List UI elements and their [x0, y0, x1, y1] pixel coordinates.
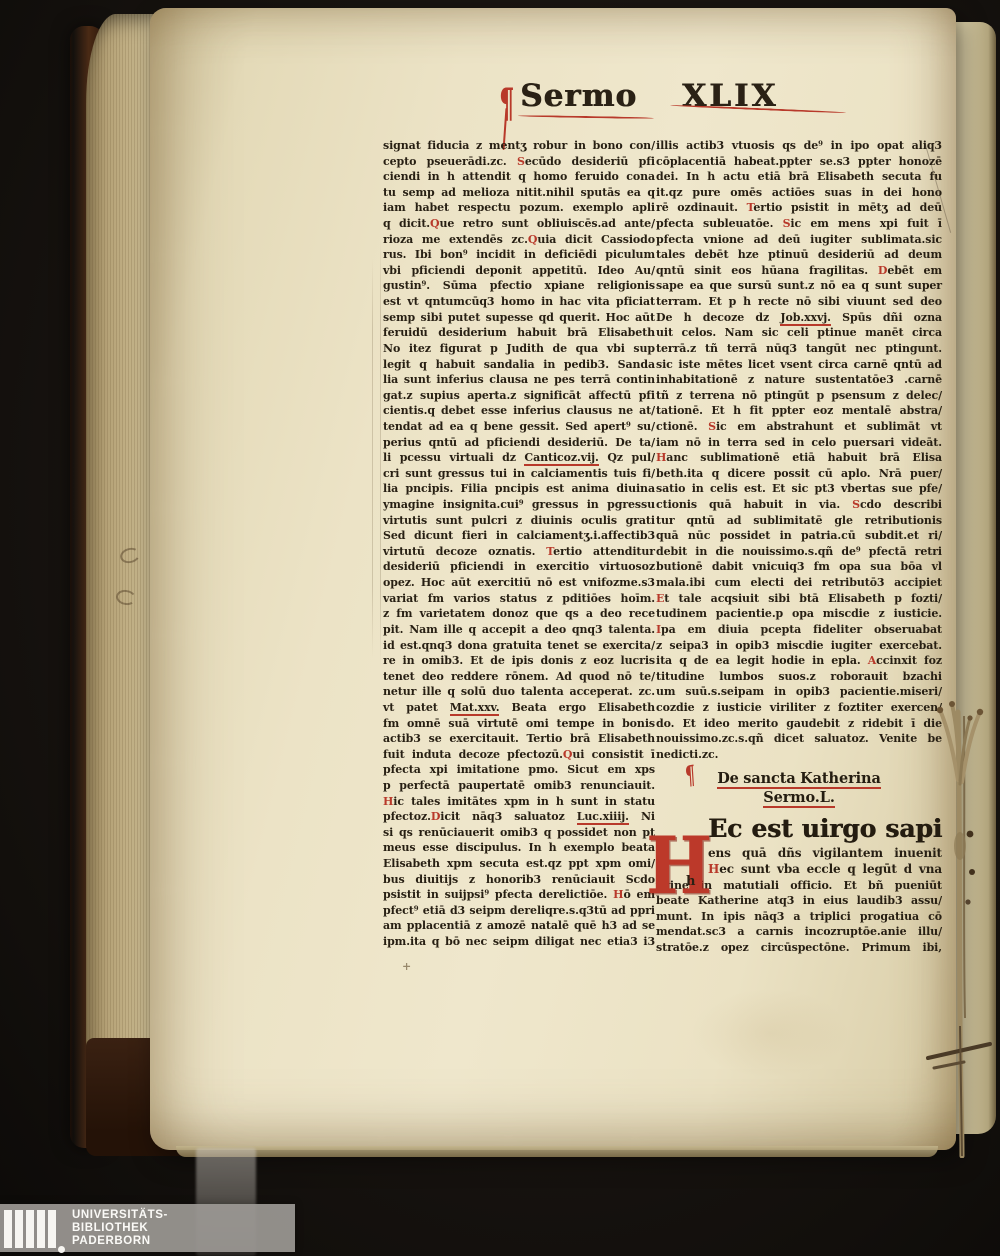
- text-line: beth.ita q dicere possit cū aplo. Nrā pu…: [656, 466, 942, 482]
- fore-edge-ink-mark: [115, 588, 137, 606]
- text-line: iam habet respectu pozum. exemplo apli: [383, 200, 655, 216]
- text-line: Elisabeth xpm secuta est.qz ppt xpm omi/: [383, 856, 655, 872]
- text-line: it.qz pure omēs actiōes suas in dei hono: [656, 185, 942, 201]
- text-line: cepto pseuerādi.zc. Secūdo desideriū pfi: [383, 154, 655, 170]
- sermon-l-opening: H h Ec est uirgo sapi ens quā dñs vigila…: [656, 812, 942, 955]
- text-line: mendat.sc3 a carnis incozruptōe.anie ill…: [656, 924, 942, 940]
- text-line: titudine lumbos suos.z roborauit bzachi: [656, 669, 942, 685]
- rubricated-letter: S: [708, 420, 716, 433]
- rubricated-letter: I: [656, 623, 661, 636]
- text-line: fm omnē suā virtutē omi tempe in bonis: [383, 716, 655, 732]
- text-line: meus esse discipulus. In h exemplo beata: [383, 840, 655, 856]
- text-line: cientis.q debet esse inferius clausus ne…: [383, 403, 655, 419]
- text-line: am pplacentiā z amozē natalē quē h3 ad s…: [383, 918, 655, 934]
- text-line: rē ozdinauit. Tertio psistit in mētʒ ad …: [656, 200, 942, 216]
- text-line: bus diuitijs z honorib3 renūciauit Scdo: [383, 872, 655, 888]
- text-line: z seipa3 in opib3 miscdie iugiter exerce…: [656, 638, 942, 654]
- text-line: De h decoze dz Job.xxvj. Spūs dñi ozna: [656, 310, 942, 326]
- logo-dot: [58, 1246, 65, 1253]
- guide-letter: h: [686, 874, 695, 889]
- text-line: netur ille q solū duo talenta acceperat.…: [383, 684, 655, 700]
- rubricated-letter: Q: [528, 233, 537, 246]
- text-line: p perfectā paupertatē omib3 renunciauit.: [383, 778, 655, 794]
- margin-mark-cross: +: [402, 960, 411, 973]
- text-line: vt patet Mat.xxv. Beata ergo Elisabeth: [383, 700, 655, 716]
- text-line: desideriū pficiendi in exercitio virtuos…: [383, 559, 655, 575]
- text-line: Hanc sublimationē etiā habuit brā Elisa: [656, 450, 942, 466]
- text-line: si qs renūciauerit omib3 q possidet non …: [383, 825, 655, 841]
- citation-red-underline: Canticoz.vij.: [524, 451, 598, 466]
- rubricated-letter: S: [517, 155, 525, 168]
- watermark-bar: UNIVERSITÄTS-BIBLIOTHEKPADERBORN: [0, 1204, 295, 1252]
- rubricated-letter: A: [868, 654, 876, 667]
- text-line: sape ea que sursū sunt.z nō ea q sunt su…: [656, 278, 942, 294]
- text-line: perius qntū ad pficiendi desideriū. De t…: [383, 435, 655, 451]
- text-line: actib3 se exercitauit. Tertio brā Elisab…: [383, 731, 655, 747]
- text-line: stratōe.z opez circūspectōne. Primum ibi…: [656, 940, 942, 956]
- library-logo-icon: [4, 1210, 66, 1252]
- text-line: tur qntū ad sublimitatē gle retributioni…: [656, 513, 942, 529]
- text-line: sic iste mētes licet vsent circa carnē q…: [656, 357, 942, 373]
- rubricated-letter: H: [613, 888, 623, 901]
- text-line: opez. Hoc aūt exercitiū nō est vnifozme.…: [383, 575, 655, 591]
- text-line: id est.qnq3 dona gratuita tenet se exerc…: [383, 638, 655, 654]
- text-line: mala.ibi cum electi dei retributō3 accip…: [656, 575, 942, 591]
- text-line: pfecta subleuatōe. Sic em mens xpi fuit …: [656, 216, 942, 232]
- rubric-heading: ¶ De sancta Katherina Sermo.L.: [656, 770, 942, 808]
- text-line: tales debēt hze ptinuū desideriū ad deum: [656, 247, 942, 263]
- text-line: tendat ad ea q bene gessit. Sed apert⁹ s…: [383, 419, 655, 435]
- text-line: tationē. Et h fit ppter eoz mentalē abst…: [656, 403, 942, 419]
- text-line: ymagine insignita.cui⁹ gressus in pgress…: [383, 497, 655, 513]
- text-line: PADERBORN: [72, 1235, 168, 1248]
- text-line: Ipa em diuia pcepta fideliter obseruabat: [656, 622, 942, 638]
- text-line: Et tale acqsiuit sibi btā Elisabeth p fo…: [656, 591, 942, 607]
- foxing-spot: [690, 988, 850, 1078]
- text-line: semp sibi putet supesse qd querit. Hoc a…: [383, 310, 655, 326]
- text-line: pfecta xpi imitatione pmo. Sicut em xps: [383, 762, 655, 778]
- text-line: tenet deo reddere rōnem. Ad quod nō te/: [383, 669, 655, 685]
- text-line: dei. In h actu etiā brā Elisabeth secuta…: [656, 169, 942, 185]
- text-line: pit. Nam ille q accepit a deo qnq3 talen…: [383, 622, 655, 638]
- text-line: inhabitationē z nature sustentatōe3 .car…: [656, 372, 942, 388]
- text-line: ctionis quā habuit in via. Scdo describi: [656, 497, 942, 513]
- rubricated-letter: H: [656, 451, 666, 464]
- text-line: tñ z terrena nō ptingūt p psensum z dele…: [656, 388, 942, 404]
- text-line: ita q de ea legit hodie in epla. Accinxi…: [656, 653, 942, 669]
- text-line: qntū sinit eos hūana fragilitas. Debēt e…: [656, 263, 942, 279]
- citation-red-underline: Luc.xiiij.: [577, 810, 629, 825]
- text-line: tu semp ad melioza nitit.nihil sputās ea…: [383, 185, 655, 201]
- lombard-initial-H: H: [646, 833, 712, 900]
- text-line: Hic tales imitātes xpm in h sunt in stat…: [383, 794, 655, 810]
- text-line: pfectoz.Dicit nāq3 saluatoz Luc.xiiij. N…: [383, 809, 655, 825]
- text-line: variat fm varios status z pditiōes hoīm.: [383, 591, 655, 607]
- text-line: cri sunt gressus tui in calciamentis tui…: [383, 466, 655, 482]
- red-underline: [518, 115, 654, 119]
- header-title: Sermo: [520, 78, 637, 114]
- text-line: legit q habuit sandalia in pedib3. Sanda: [383, 357, 655, 373]
- text-column-right: illis actib3 vtuosis qs de⁹ in ipo opat …: [656, 138, 942, 956]
- text-line: cozdie z iusticie viriliter z foztiter e…: [656, 700, 942, 716]
- rubric-line-2: Sermo.L.: [763, 789, 835, 808]
- rubricated-letter: D: [431, 810, 440, 823]
- rubricated-letter: T: [546, 545, 553, 558]
- photo-of-incunable-book: ¶ Sermo XLIX signat fiducia z mentʒ robu…: [0, 0, 1000, 1256]
- text-line: feruidū desiderium habuit brā Elisabeth: [383, 325, 655, 341]
- text-line: quā nūc possidet in patria.cū subdit.et …: [656, 528, 942, 544]
- text-line: do. Et ideo merito gaudebit z ridebit ī …: [656, 716, 942, 732]
- rubricated-letter: Q: [430, 217, 439, 230]
- text-line: UNIVERSITÄTS-: [72, 1209, 168, 1222]
- text-line: cōplacentiā habeat.ppter se.s3 ppter hon…: [656, 154, 942, 170]
- rubricated-letter: T: [747, 201, 754, 214]
- text-line: butionē dabit vnicuiq3 fm opa sua bōa vl: [656, 559, 942, 575]
- text-line: signat fiducia z mentʒ robur in bono con…: [383, 138, 655, 154]
- text-line: vbi pficiendi deponit appetitū. Ideo Au/: [383, 263, 655, 279]
- text-line: est vt qntumcūq3 homo in hac vita pficia…: [383, 294, 655, 310]
- pressed-plant-bookmark: [922, 684, 1000, 1158]
- fore-edge-ink-mark: [118, 546, 141, 565]
- text-line: ctionē. Sic em abstrahunt et sublimāt vt: [656, 419, 942, 435]
- text-line: rioza me extendēs zc.Quia dicit Cassiodo: [383, 232, 655, 248]
- text-line: virtutū decoze oznatis. Tertio attenditu…: [383, 544, 655, 560]
- rubricated-letter: E: [656, 592, 664, 605]
- text-line: ipm.ita q bō nec seipm diligat nec etia3…: [383, 934, 655, 950]
- text-line: tudinem pacientie.p opa miscdie z iustic…: [656, 606, 942, 622]
- text-line: pfecta vnione ad deū iugiter sublimata.s…: [656, 232, 942, 248]
- paper-crease: [372, 258, 373, 658]
- text-line: No itez figurat p Judith de qua vbi sup: [383, 341, 655, 357]
- red-pilcrow-icon: ¶: [685, 768, 696, 787]
- text-line: z fm varietatem donoz que qs a deo rece: [383, 606, 655, 622]
- text-line: debit in die nouissimo.s.qñ de⁹ pfectā r…: [656, 544, 942, 560]
- text-line: ciendi in h attendit q homo feruido cona: [383, 169, 655, 185]
- text-line: nouissimo.zc.s.qñ dicet saluatoz. Venite…: [656, 731, 942, 747]
- watermark-text: UNIVERSITÄTS-BIBLIOTHEKPADERBORN: [72, 1209, 168, 1248]
- text-line: gat.z supius aperta.z significāt affectū…: [383, 388, 655, 404]
- text-line: pfect⁹ etiā d3 seipm dereliqre.s.q3tū ad…: [383, 903, 655, 919]
- text-column-left: signat fiducia z mentʒ robur in bono con…: [383, 138, 655, 950]
- text-line: iam nō in terra sed in celo puersari vid…: [656, 435, 942, 451]
- rubricated-letter: D: [878, 264, 887, 277]
- rubricated-letter: Q: [563, 748, 572, 761]
- paper-crease: [380, 238, 381, 668]
- text-line: li pcessu virtuali dz Canticoz.vij. Qz p…: [383, 450, 655, 466]
- rubric-line-1: De sancta Katherina: [717, 770, 881, 789]
- rubricated-letter: S: [852, 498, 860, 511]
- rubricated-letter: S: [783, 217, 791, 230]
- text-line: um suū.s.seipam in opib3 pacientie.miser…: [656, 684, 942, 700]
- citation-red-underline: Mat.xxv.: [450, 701, 500, 716]
- red-pilcrow-icon: ¶: [499, 80, 514, 127]
- page-bottom-leaf-edges: [176, 1146, 938, 1157]
- text-line: terram. Et p h recte nō sibi viuunt sed …: [656, 294, 942, 310]
- text-line: rus. Ibi bon⁹ incidit in deficiēdi picul…: [383, 247, 655, 263]
- text-line: lia sunt inferius clausa ne pes terrā co…: [383, 372, 655, 388]
- text-line: virtutis sunt pulcri z diuinis oculis gr…: [383, 513, 655, 529]
- text-line: nedicti.zc.: [656, 747, 942, 763]
- text-line: satio in celis est. Et sic pt3 vbertas s…: [656, 481, 942, 497]
- book-page: ¶ Sermo XLIX signat fiducia z mentʒ robu…: [150, 8, 956, 1150]
- text-line: psistit in suijpsi⁹ pfecta derelictiōe. …: [383, 887, 655, 903]
- text-line: terrā.z tñ terrā nūq3 tangūt nec ptingun…: [656, 341, 942, 357]
- text-line: Sed dicunt fieri in calciamentʒ.i.affect…: [383, 528, 655, 544]
- text-line: gustin⁹. Sūma pfectio xpiane religionis: [383, 278, 655, 294]
- right-column-lines: illis actib3 vtuosis qs de⁹ in ipo opat …: [656, 138, 942, 762]
- text-line: BIBLIOTHEK: [72, 1222, 168, 1235]
- text-line: illis actib3 vtuosis qs de⁹ in ipo opat …: [656, 138, 942, 154]
- text-line: fuit induta decoze pfectozū.Qui consisti…: [383, 747, 655, 763]
- rubricated-letter: H: [383, 795, 393, 808]
- text-line: re in omib3. Et de ipis donis z eoz lucr…: [383, 653, 655, 669]
- text-line: q dicit.Que retro sunt obliuiscēs.ad ant…: [383, 216, 655, 232]
- text-line: uit celos. Nam sic celi ptinue manēt cir…: [656, 325, 942, 341]
- text-line: lia pncipis. Filia pncipis est anima diu…: [383, 481, 655, 497]
- citation-red-underline: Job.xxvj.: [780, 311, 830, 326]
